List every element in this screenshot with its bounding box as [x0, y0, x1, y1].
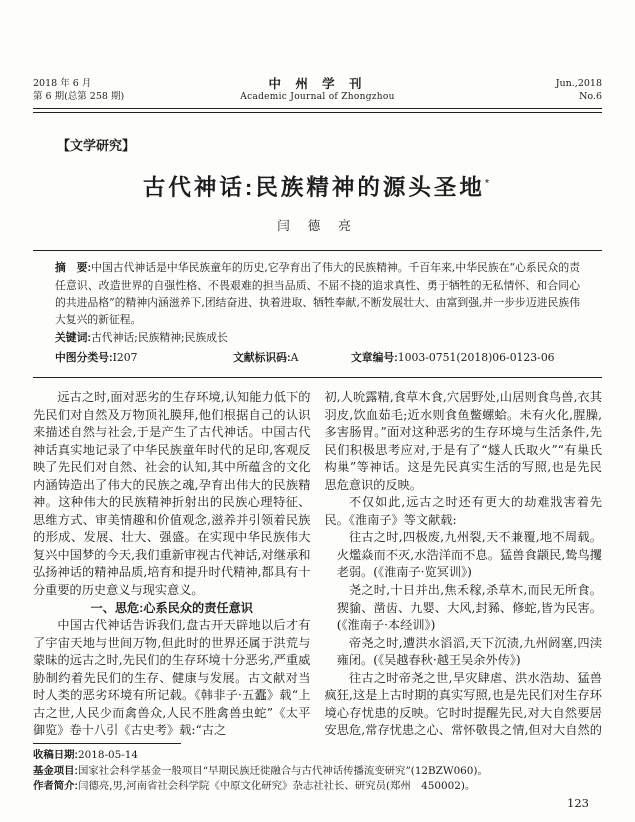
article-id-item: 文章编号:1003-0751(2018)06-0123-06 — [351, 349, 580, 367]
fund-label: 基金项目: — [33, 766, 78, 777]
keywords-label: 关键词: — [55, 332, 91, 344]
article-id-value: 1003-0751(2018)06-0123-06 — [398, 351, 555, 364]
bio-label: 作者简介: — [33, 781, 78, 792]
body-paragraph: 远古之时,面对恶劣的生存环境,认知能力低下的先民们对自然及万物顶礼膜拜,他们根据… — [33, 389, 311, 600]
body-paragraph: 中国古代神话告诉我们,盘古开天辟地以后才有了宇宙天地与世间万物,但此时的世界还属… — [33, 617, 311, 737]
body-paragraph: 不仅如此,远古之时还有更大的劫难戕害着先民。《淮南子》等文献载: — [325, 494, 603, 529]
header-double-rule — [33, 108, 602, 113]
title-footnote-mark: * — [485, 178, 492, 190]
article-title-text: 古代神话:民族精神的源头圣地 — [143, 175, 485, 200]
abstract-text: 中国古代神话是中华民族童年的历史,它孕育出了伟大的民族精神。千百年来,中华民族在… — [55, 261, 580, 326]
body-paragraph-continuation: 初,人吮露精,食草木食,穴居野处,山居则食鸟兽,衣其羽皮,饮血茹毛;近水则食鱼鳖… — [325, 389, 603, 494]
footnote-fund: 基金项目:国家社会科学基金一般项目“早期民族迁徙融合与古代神话传播流变研究”(1… — [33, 764, 602, 780]
doc-code-item: 文献标识码:A — [233, 349, 351, 367]
clc-item: 中图分类号:I207 — [55, 349, 233, 367]
header-no-en: No.6 — [452, 91, 602, 104]
keywords-text: 古代神话;民族精神;民族成长 — [91, 331, 228, 344]
meta-line: 中图分类号:I207 文献标识码:A 文章编号:1003-0751(2018)0… — [55, 349, 580, 367]
received-label: 收稿日期: — [33, 750, 78, 761]
abstract-label: 摘 要: — [55, 262, 91, 274]
section-heading-1: 一、思危:心系民众的责任意识 — [33, 600, 311, 618]
abstract-paragraph: 摘 要:中国古代神话是中华民族童年的历史,它孕育出了伟大的民族精神。千百年来,中… — [55, 259, 580, 328]
footnote-block: 收稿日期:2018-05-14 基金项目:国家社会科学基金一般项目“早期民族迁徙… — [33, 748, 602, 795]
journal-page: 2018 年 6 月 第 6 期(总第 258 期) 中 州 学 刊 Acade… — [0, 0, 635, 822]
journal-title-cn: 中 州 学 刊 — [183, 78, 452, 91]
header-journal-title: 中 州 学 刊 Academic Journal of Zhongzhou — [183, 78, 452, 103]
header-date-cn: 2018 年 6 月 — [33, 78, 183, 91]
quote-huainanzi-benjing: 尧之时,十日并出,焦禾稼,杀草木,而民无所食。猰貐、凿齿、九婴、大风,封豨、修蛇… — [337, 582, 602, 635]
fund-value: 国家社会科学基金一般项目“早期民族迁徙融合与古代神话传播流变研究”(12BZW0… — [78, 765, 488, 777]
doc-code-value: A — [291, 351, 299, 364]
quote-wuyue-chunqiu: 帝尧之时,遭洪水滔滔,天下沉渍,九州阏塞,四渎雍闭。(《吴越春秋·越王吴余外传》… — [337, 635, 602, 670]
quote-huainanzi-lanming: 往古之时,四极废,九州裂,天不兼覆,地不周载。火爁焱而不灭,水浩洋而不息。猛兽食… — [337, 529, 602, 582]
header-issue-cn: 第 6 期(总第 258 期) — [33, 91, 183, 104]
footnote-bio: 作者简介:闫德亮,男,河南省社会科学院《中原文化研究》杂志社社长、研究员(郑州 … — [33, 779, 602, 795]
clc-value: I207 — [113, 351, 138, 364]
section-label: 【文学研究】 — [57, 135, 602, 154]
abstract-bottom-rule — [33, 377, 602, 378]
body-paragraph: 往古之时帝尧之世,旱灾肆虐、洪水浩劫、猛兽疯狂,这是上古时期的真实写照,也是先民… — [325, 670, 603, 737]
footnote-received: 收稿日期:2018-05-14 — [33, 748, 602, 764]
journal-header: 2018 年 6 月 第 6 期(总第 258 期) 中 州 学 刊 Acade… — [33, 78, 602, 103]
right-column: 初,人吮露精,食草木食,穴居野处,山居则食鸟兽,衣其羽皮,饮血茹毛;近水则食鱼鳖… — [325, 389, 603, 737]
doc-code-label: 文献标识码: — [233, 352, 291, 364]
bio-value: 闫德亮,男,河南省社会科学院《中原文化研究》杂志社社长、研究员(郑州 45000… — [78, 780, 475, 792]
article-title: 古代神话:民族精神的源头圣地* — [33, 170, 602, 202]
article-id-label: 文章编号: — [351, 352, 398, 364]
header-issue-info-en: Jun.,2018 No.6 — [452, 78, 602, 103]
footnote-rule — [33, 743, 181, 744]
author-name: 闫 德 亮 — [33, 216, 602, 234]
abstract-box: 摘 要:中国古代神话是中华民族童年的历史,它孕育出了伟大的民族精神。千百年来,中… — [33, 251, 602, 373]
keywords-line: 关键词:古代神话;民族精神;民族成长 — [55, 329, 580, 347]
left-column: 远古之时,面对恶劣的生存环境,认知能力低下的先民们对自然及万物顶礼膜拜,他们根据… — [33, 389, 311, 737]
header-date-en: Jun.,2018 — [452, 78, 602, 91]
received-value: 2018-05-14 — [78, 749, 138, 761]
header-issue-info: 2018 年 6 月 第 6 期(总第 258 期) — [33, 78, 183, 103]
article-body: 远古之时,面对恶劣的生存环境,认知能力低下的先民们对自然及万物顶礼膜拜,他们根据… — [33, 389, 602, 737]
page-number: 123 — [567, 796, 589, 810]
clc-label: 中图分类号: — [55, 352, 113, 364]
journal-title-en: Academic Journal of Zhongzhou — [183, 91, 452, 104]
